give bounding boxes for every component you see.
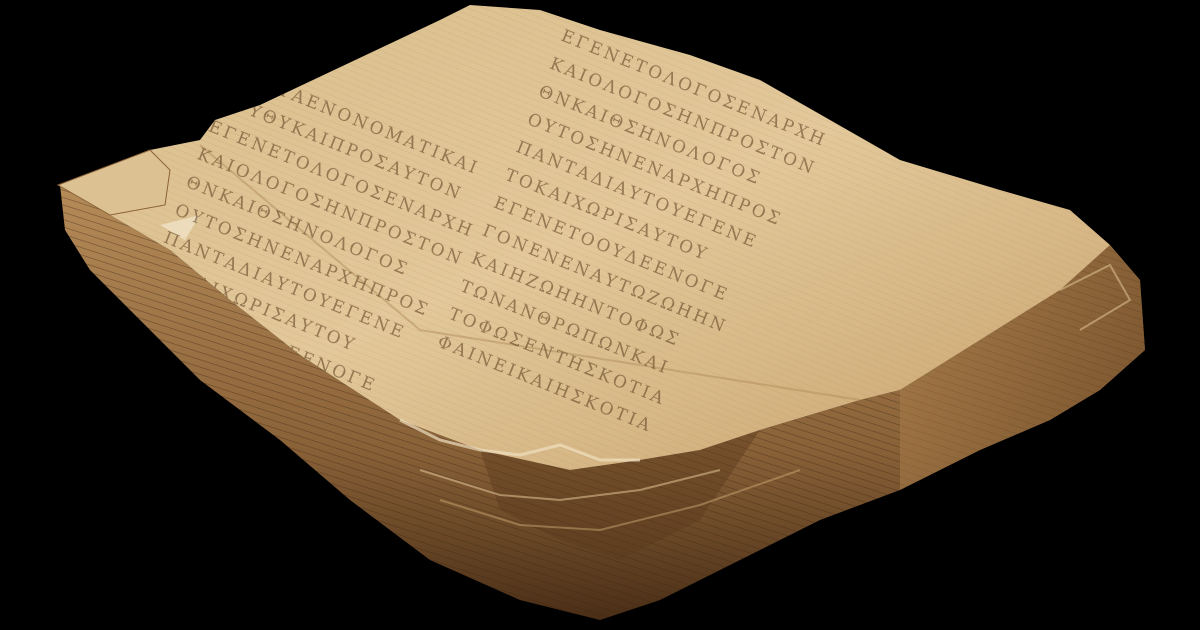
papyrus-codex-illustration: ΠΑΝΤΑΕΝΟΝΟΜΑΤΙΚΑΙ ΤΟΥΘΥΚΑΙΠΡΟΣΑΥΤΟΝ ΕΓΕΝ…: [0, 0, 1200, 630]
photo-scene: ΠΑΝΤΑΕΝΟΝΟΜΑΤΙΚΑΙ ΤΟΥΘΥΚΑΙΠΡΟΣΑΥΤΟΝ ΕΓΕΝ…: [0, 0, 1200, 630]
